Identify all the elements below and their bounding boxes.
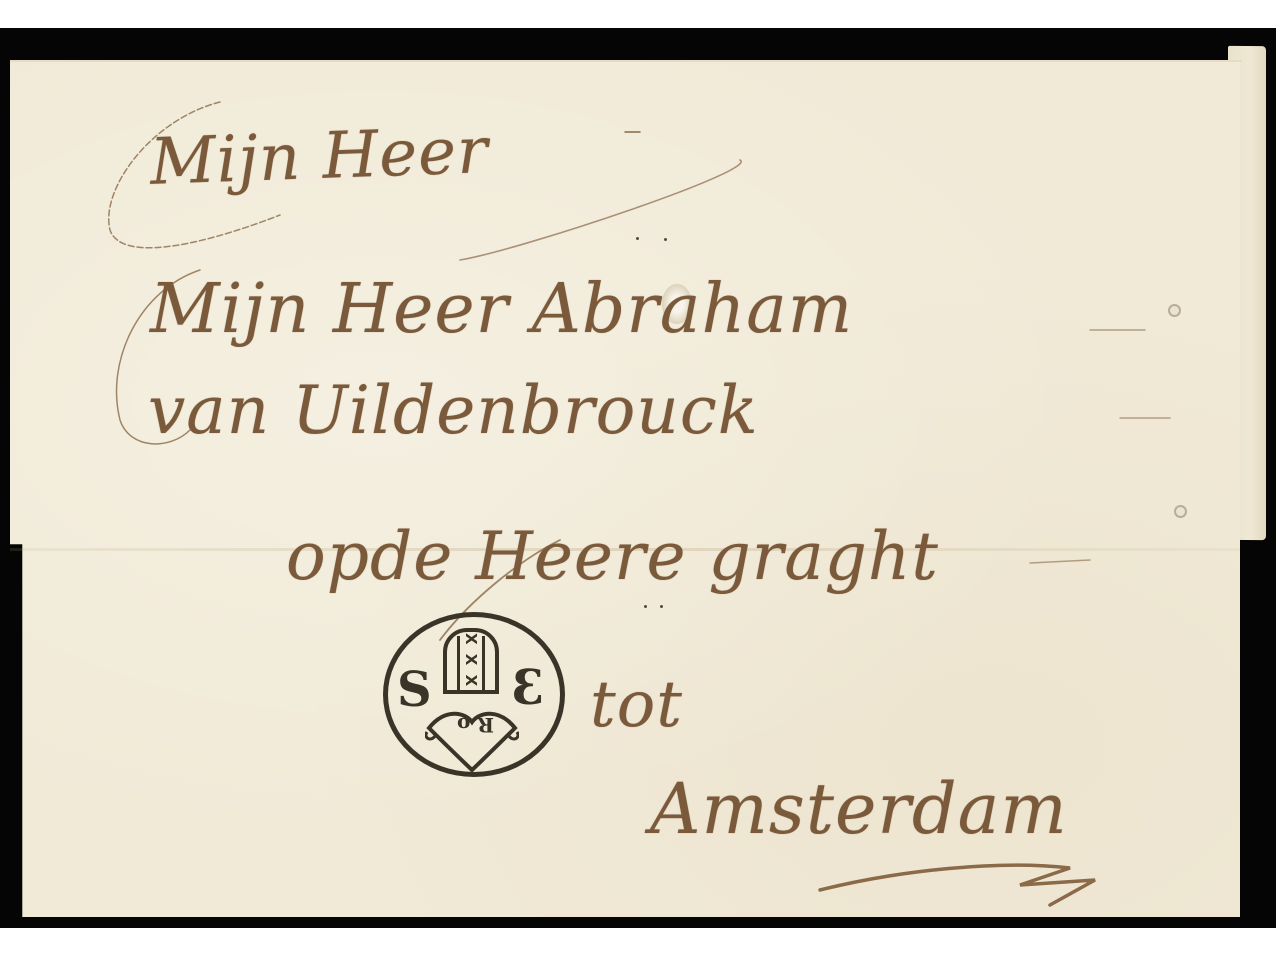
ink-dot	[636, 237, 639, 240]
shield-crosses: X X X	[463, 633, 479, 688]
address-preposition: tot	[590, 668, 683, 742]
paper-top-edge	[10, 60, 1242, 62]
address-recipient-surname: van Uildenbrouck	[148, 372, 759, 449]
ink-dot	[660, 605, 663, 608]
postmark-scroll-text: R o	[457, 716, 494, 734]
address-recipient-name: Mijn Heer Abraham	[150, 270, 853, 349]
postmark-stamp: X X X S 3 R o	[383, 612, 573, 782]
ink-dot	[644, 605, 647, 608]
ink-dot	[664, 238, 667, 241]
address-salutation: Mijn Heer	[149, 114, 490, 200]
address-street: opde Heere graght	[286, 518, 939, 595]
pin-hole-icon	[1168, 304, 1181, 317]
amsterdam-arms-shield-icon: X X X	[443, 628, 499, 694]
address-city: Amsterdam	[650, 768, 1068, 850]
pin-hole-icon	[1174, 505, 1187, 518]
